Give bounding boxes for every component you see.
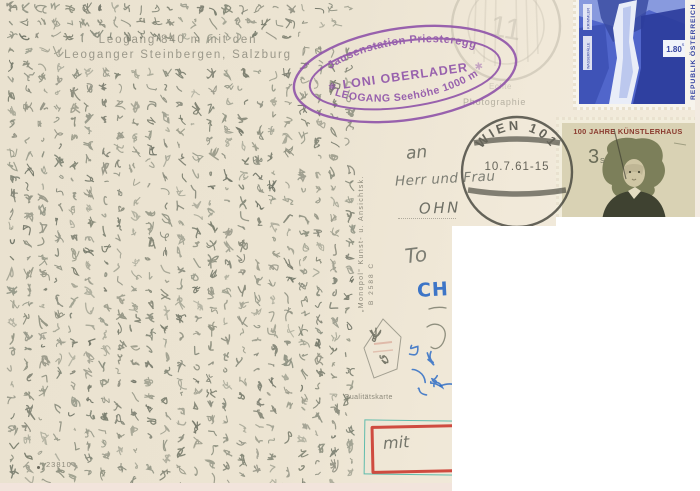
stamp-blue-currency: S — [682, 42, 685, 47]
stamp-olive-value: 3 — [588, 146, 599, 168]
stamp-olive-kuenstlerhaus: 100 JAHRE KÜNSTLERHAUS 3 S — [556, 117, 697, 223]
redaction-overlay — [452, 226, 700, 491]
right-scan-edge — [695, 0, 700, 217]
svg-text:WIEN 101: WIEN 101 — [473, 118, 562, 151]
postmark-city: WIEN 101 — [473, 118, 562, 151]
stamp-blue-subject-2: WASSERFÄLLE — [587, 42, 591, 69]
stamp-blue-value: 1.80 — [666, 45, 682, 54]
address-line-an: an — [405, 142, 428, 164]
wien-postmark: WIEN 101 10.7.61-15 — [457, 112, 577, 234]
bottom-scan-edge — [0, 483, 452, 491]
address-line-blue: CH — [416, 278, 449, 302]
address-line-city: To — [404, 242, 429, 269]
address-line-name: OHN — [419, 198, 461, 217]
stamp-olive-currency: S — [600, 158, 605, 165]
stamp-blue-vignette: KRIMMLER WASSERFÄLLE 1.80 S REPUBLIK ÖST… — [579, 0, 699, 110]
postcard-back: Leogang 840 m mit den Leoganger Steinber… — [0, 0, 700, 491]
stamp-blue-subject-1: KRIMMLER — [586, 8, 591, 29]
stamp-olive-title: 100 JAHRE KÜNSTLERHAUS — [573, 127, 682, 136]
postmark-date: 10.7.61-15 — [485, 161, 550, 173]
redaction-overlay-strip — [556, 217, 700, 229]
stamp-olive-vignette: 100 JAHRE KÜNSTLERHAUS 3 S — [562, 123, 695, 221]
stamp-blue-krimml: KRIMMLER WASSERFÄLLE 1.80 S REPUBLIK ÖST… — [573, 0, 699, 110]
boxed-word: mit — [382, 432, 410, 453]
